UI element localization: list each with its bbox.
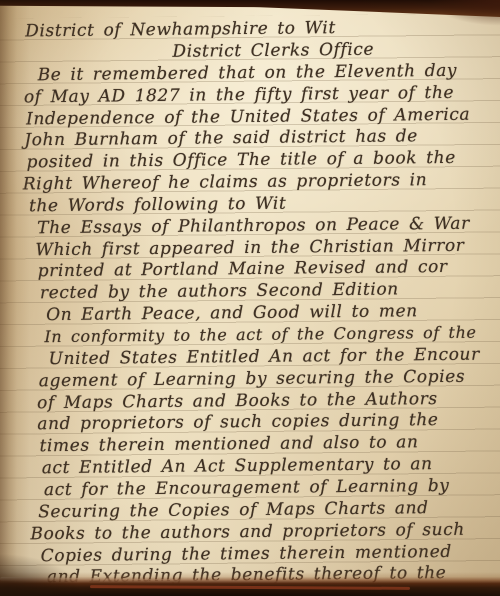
manuscript-line-22: act for the Encouragement of Learning by: [44, 476, 450, 500]
manuscript-line-20: times therein mentioned and also to an: [39, 432, 418, 456]
epigraph-line: On Earth Peace, and Good will to men: [46, 301, 418, 325]
dark-corner-top-right: [430, 0, 500, 26]
manuscript-line-9: the Words following to Wit: [29, 194, 287, 217]
manuscript-line-21: act Entitled An Act Supplementary to an: [42, 454, 433, 478]
manuscript-line-7: posited in this Office The title of a bo…: [26, 148, 455, 172]
handwriting-layer: District of Newhampshire to Wit District…: [0, 0, 500, 596]
district-heading-line: District of Newhampshire to Wit: [25, 18, 336, 41]
dark-corner-bottom-left: [0, 550, 90, 596]
manuscript-line-15: In conformity to the act of the Congress…: [44, 323, 476, 348]
manuscript-line-12: printed at Portland Maine Revised and co…: [38, 257, 448, 281]
binding-shadow-left-edge: [0, 0, 30, 596]
manuscript-line-19: and proprietors of such copies during th…: [37, 410, 438, 434]
manuscript-line-24: Books to the authors and proprietors of …: [30, 520, 465, 545]
manuscript-line-3: Be it remembered that on the Eleventh da…: [38, 61, 458, 85]
book-title-line: The Essays of Philanthropos on Peace & W…: [37, 214, 470, 239]
manuscript-line-16: United States Entitled An act for the En…: [49, 345, 480, 370]
manuscript-line-8: Right Whereof he claims as proprietors i…: [23, 170, 428, 194]
manuscript-line-4: of May AD 1827 in the fifty first year o…: [24, 83, 454, 108]
manuscript-photo: District of Newhampshire to Wit District…: [0, 0, 500, 596]
manuscript-line-18: of Maps Charts and Books to the Authors: [37, 389, 438, 413]
manuscript-line-23: Securing the Copies of Maps Charts and: [38, 498, 429, 522]
depositor-line: John Burnham of the said district has de: [24, 126, 418, 150]
clerks-office-line: District Clerks Office: [172, 40, 374, 62]
manuscript-line-13: rected by the authors Second Edition: [40, 279, 399, 303]
manuscript-line-17: agement of Learning by securing the Copi…: [39, 367, 466, 391]
